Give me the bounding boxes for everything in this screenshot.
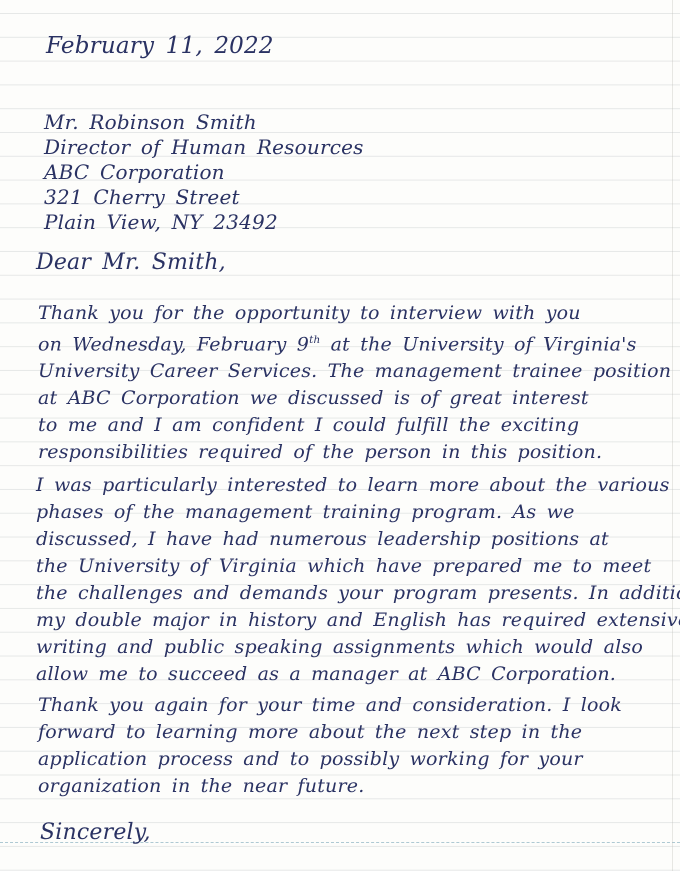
paragraph-2-line: the challenges and demands your program … bbox=[36, 580, 680, 607]
paragraph-3-line: Thank you again for your time and consid… bbox=[38, 692, 622, 719]
paragraph-2-line: the University of Virginia which have pr… bbox=[36, 553, 680, 580]
closing: Sincerely, bbox=[40, 820, 151, 845]
paragraph-2-line: my double major in history and English h… bbox=[36, 607, 680, 634]
recipient-company: ABC Corporation bbox=[44, 160, 364, 185]
recipient-title: Director of Human Resources bbox=[44, 135, 364, 160]
letter-date: February 11, 2022 bbox=[46, 33, 274, 59]
recipient-city-state-zip: Plain View, NY 23492 bbox=[44, 210, 364, 235]
paragraph-1-line: responsibilities required of the person … bbox=[38, 439, 671, 466]
ordinal-superscript: th bbox=[309, 334, 320, 346]
paragraph-1-line: Thank you for the opportunity to intervi… bbox=[38, 300, 671, 327]
paper-right-edge bbox=[672, 0, 673, 871]
paragraph-1-line: University Career Services. The manageme… bbox=[38, 358, 671, 385]
paragraph-1-line: on Wednesday, February 9th at the Univer… bbox=[38, 327, 671, 358]
salutation: Dear Mr. Smith, bbox=[36, 250, 226, 275]
letter-page: February 11, 2022 Mr. Robinson Smith Dir… bbox=[0, 0, 680, 871]
paragraph-2-line: writing and public speaking assignments … bbox=[36, 634, 680, 661]
paragraph-3-line: organization in the near future. bbox=[38, 773, 622, 800]
paragraph-1: Thank you for the opportunity to intervi… bbox=[38, 300, 671, 466]
paragraph-2: I was particularly interested to learn m… bbox=[36, 472, 680, 688]
paragraph-1-line: at ABC Corporation we discussed is of gr… bbox=[38, 385, 671, 412]
paragraph-3-line: forward to learning more about the next … bbox=[38, 719, 622, 746]
paragraph-2-line: phases of the management training progra… bbox=[36, 499, 680, 526]
paragraph-3-line: application process and to possibly work… bbox=[38, 746, 622, 773]
recipient-name: Mr. Robinson Smith bbox=[44, 110, 364, 135]
paragraph-2-line: I was particularly interested to learn m… bbox=[36, 472, 680, 499]
paragraph-2-line: discussed, I have had numerous leadershi… bbox=[36, 526, 680, 553]
paragraph-2-line: allow me to succeed as a manager at ABC … bbox=[36, 661, 680, 688]
paragraph-1-line: to me and I am confident I could fulfill… bbox=[38, 412, 671, 439]
recipient-street: 321 Cherry Street bbox=[44, 185, 364, 210]
paragraph-3: Thank you again for your time and consid… bbox=[38, 692, 622, 800]
recipient-block: Mr. Robinson Smith Director of Human Res… bbox=[44, 110, 364, 235]
